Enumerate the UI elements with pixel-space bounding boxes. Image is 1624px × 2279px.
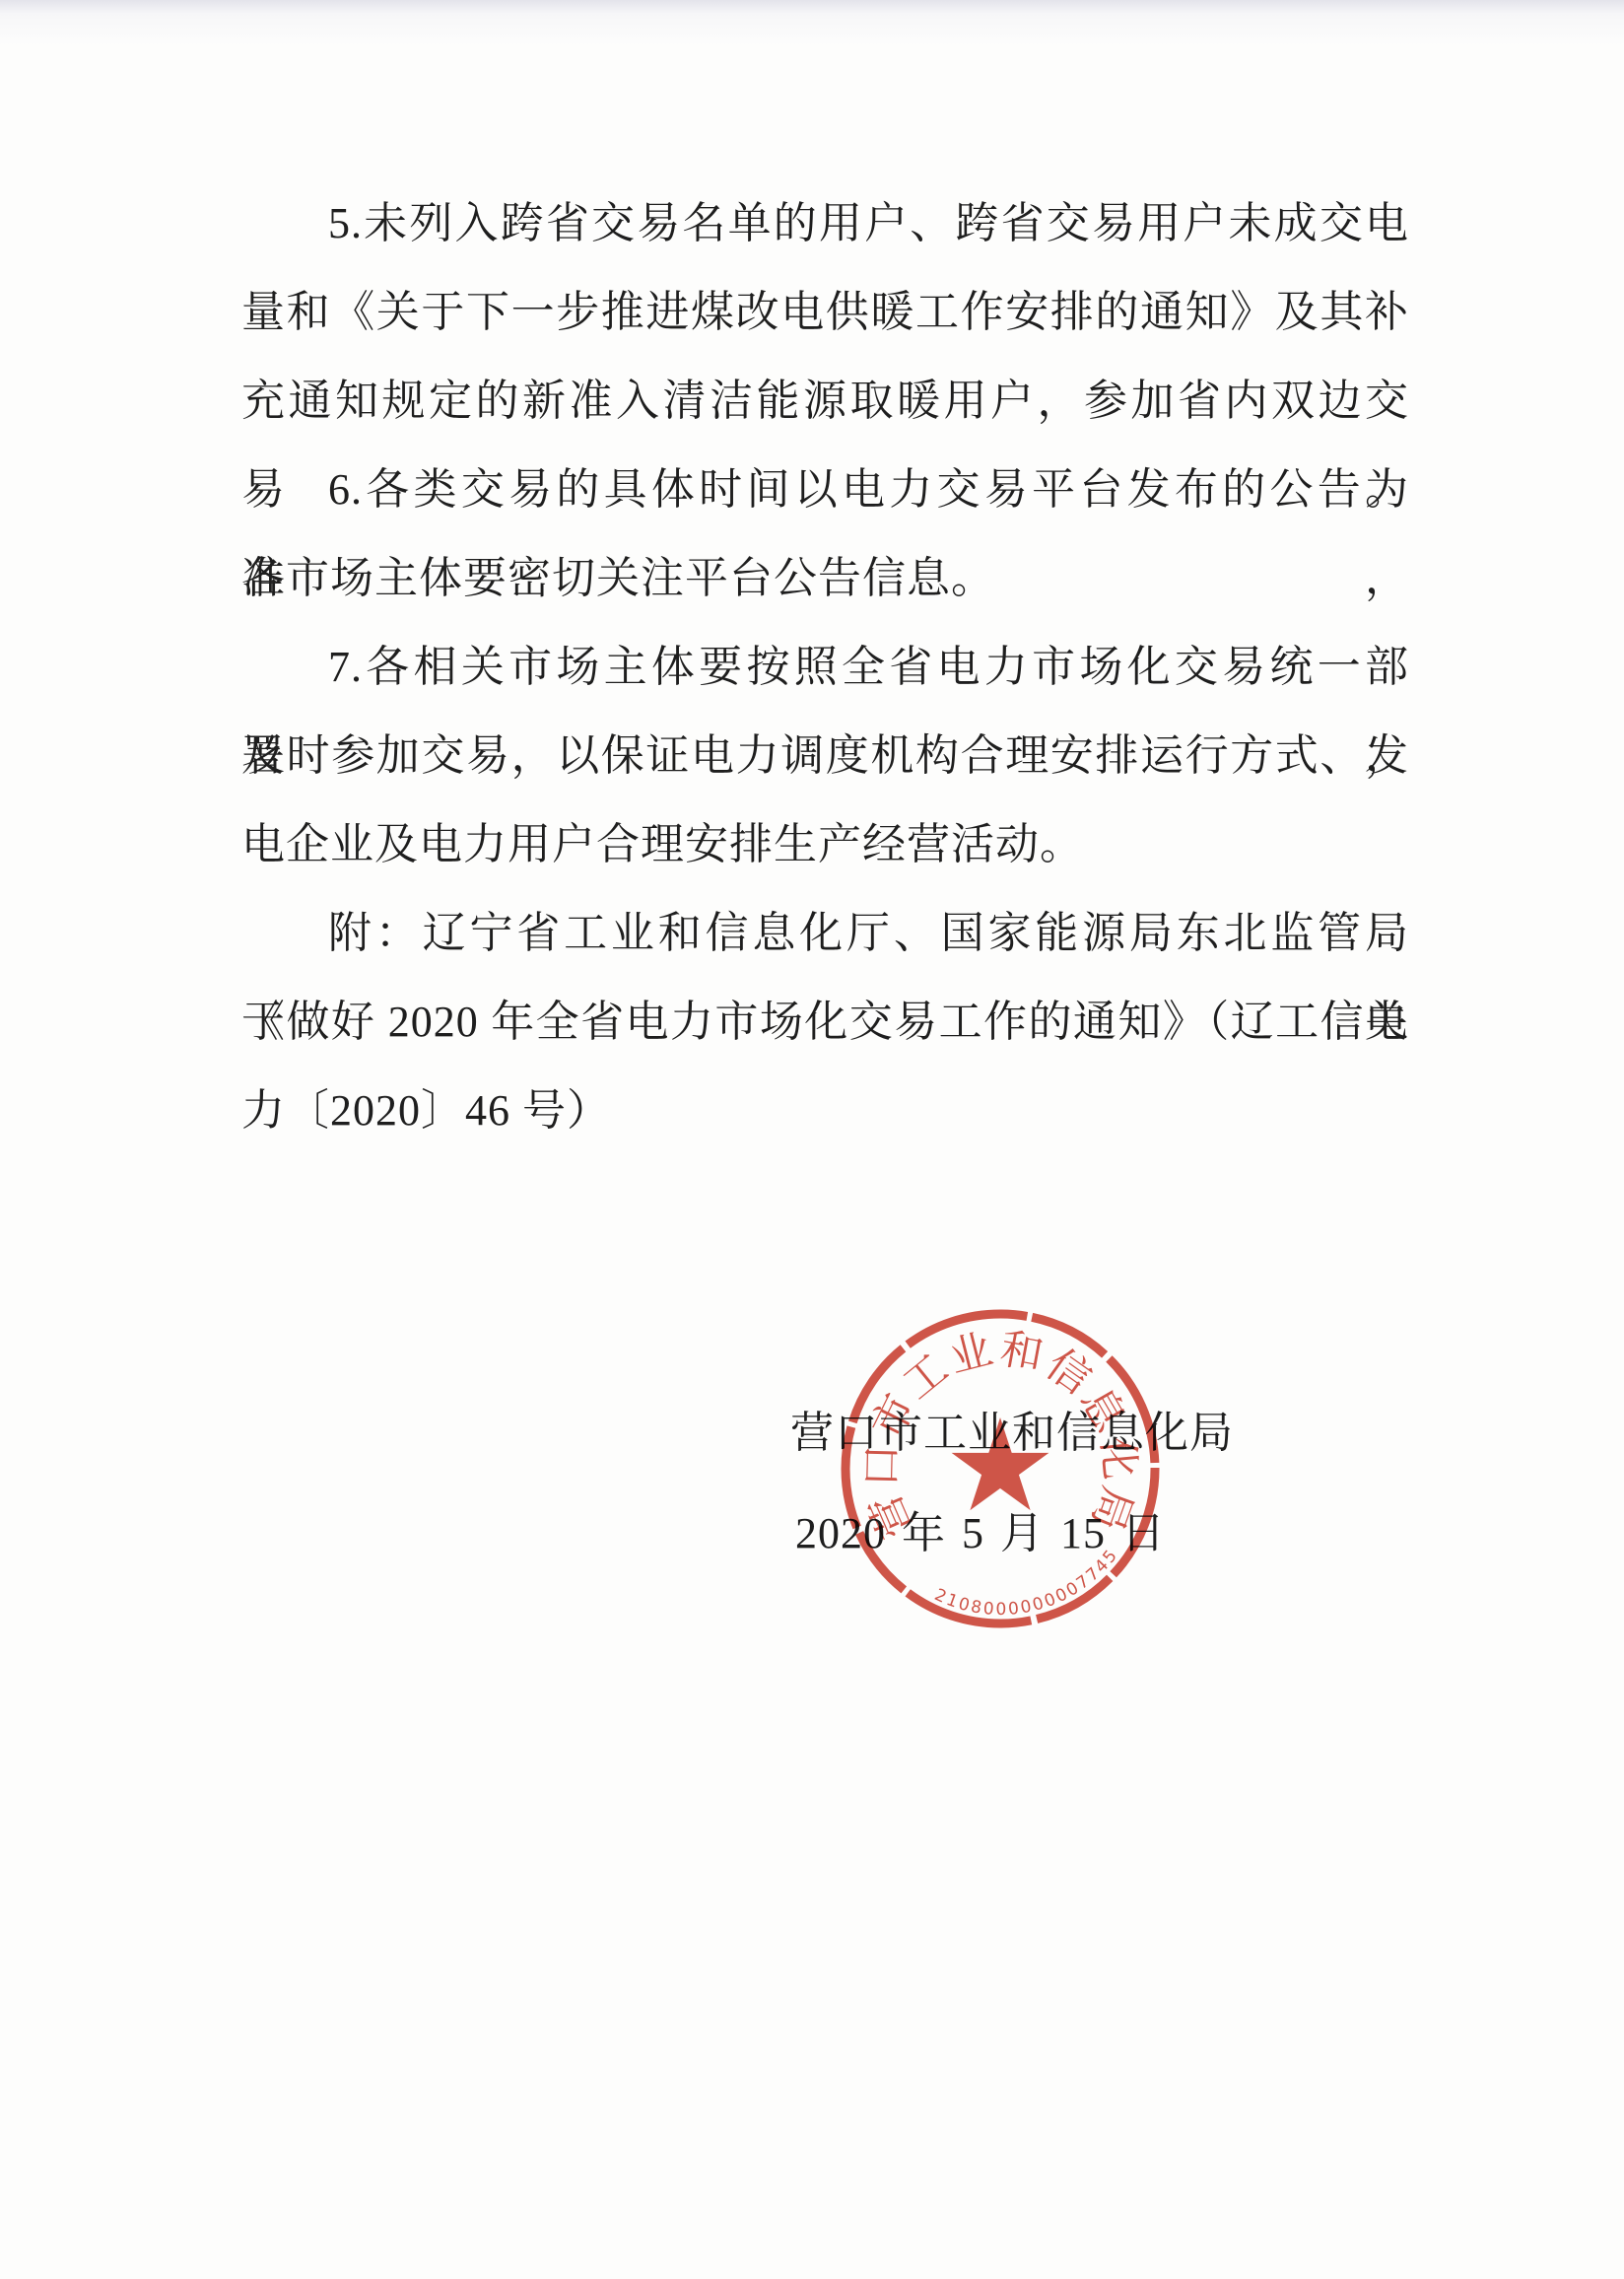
scanned-document-page: 5.未列入跨省交易名单的用户、跨省交易用户未成交电 量和《关于下一步推进煤改电供… [0,0,1624,2279]
paragraph-5-line-1: 5.未列入跨省交易名单的用户、跨省交易用户未成交电 [241,179,1409,268]
official-seal: 营口市工业和信息化局 2108000000007745 [838,1306,1163,1631]
attachment-line-3: 力〔2020〕46 号） [241,1067,1409,1155]
paragraph-7-line-1: 7.各相关市场主体要按照全省电力市场化交易统一部署， [241,623,1409,712]
seal-serial-number: 2108000000007745 [931,1547,1121,1620]
paragraph-7-line-2: 及时参加交易，以保证电力调度机构合理安排运行方式、发 [241,712,1409,800]
paragraph-6-line-1: 6.各类交易的具体时间以电力交易平台发布的公告为准， [241,446,1409,534]
paragraph-5-line-2: 量和《关于下一步推进煤改电供暖工作安排的通知》及其补 [241,268,1409,357]
paragraph-7-line-3: 电企业及电力用户合理安排生产经营活动。 [241,800,1409,889]
seal-graphic: 营口市工业和信息化局 2108000000007745 [846,1314,1155,1623]
seal-star-icon [952,1417,1049,1510]
document-body: 5.未列入跨省交易名单的用户、跨省交易用户未成交电 量和《关于下一步推进煤改电供… [241,179,1409,1155]
scan-noise-edge [0,0,1624,45]
paragraph-5-line-3: 充通知规定的新准入清洁能源取暖用户，参加省内双边交易。 [241,357,1409,446]
attachment-line-1: 附：辽宁省工业和信息化厅、国家能源局东北监管局《关 [241,889,1409,978]
attachment-line-2: 于做好 2020 年全省电力市场化交易工作的通知》（辽工信电 [241,978,1409,1067]
